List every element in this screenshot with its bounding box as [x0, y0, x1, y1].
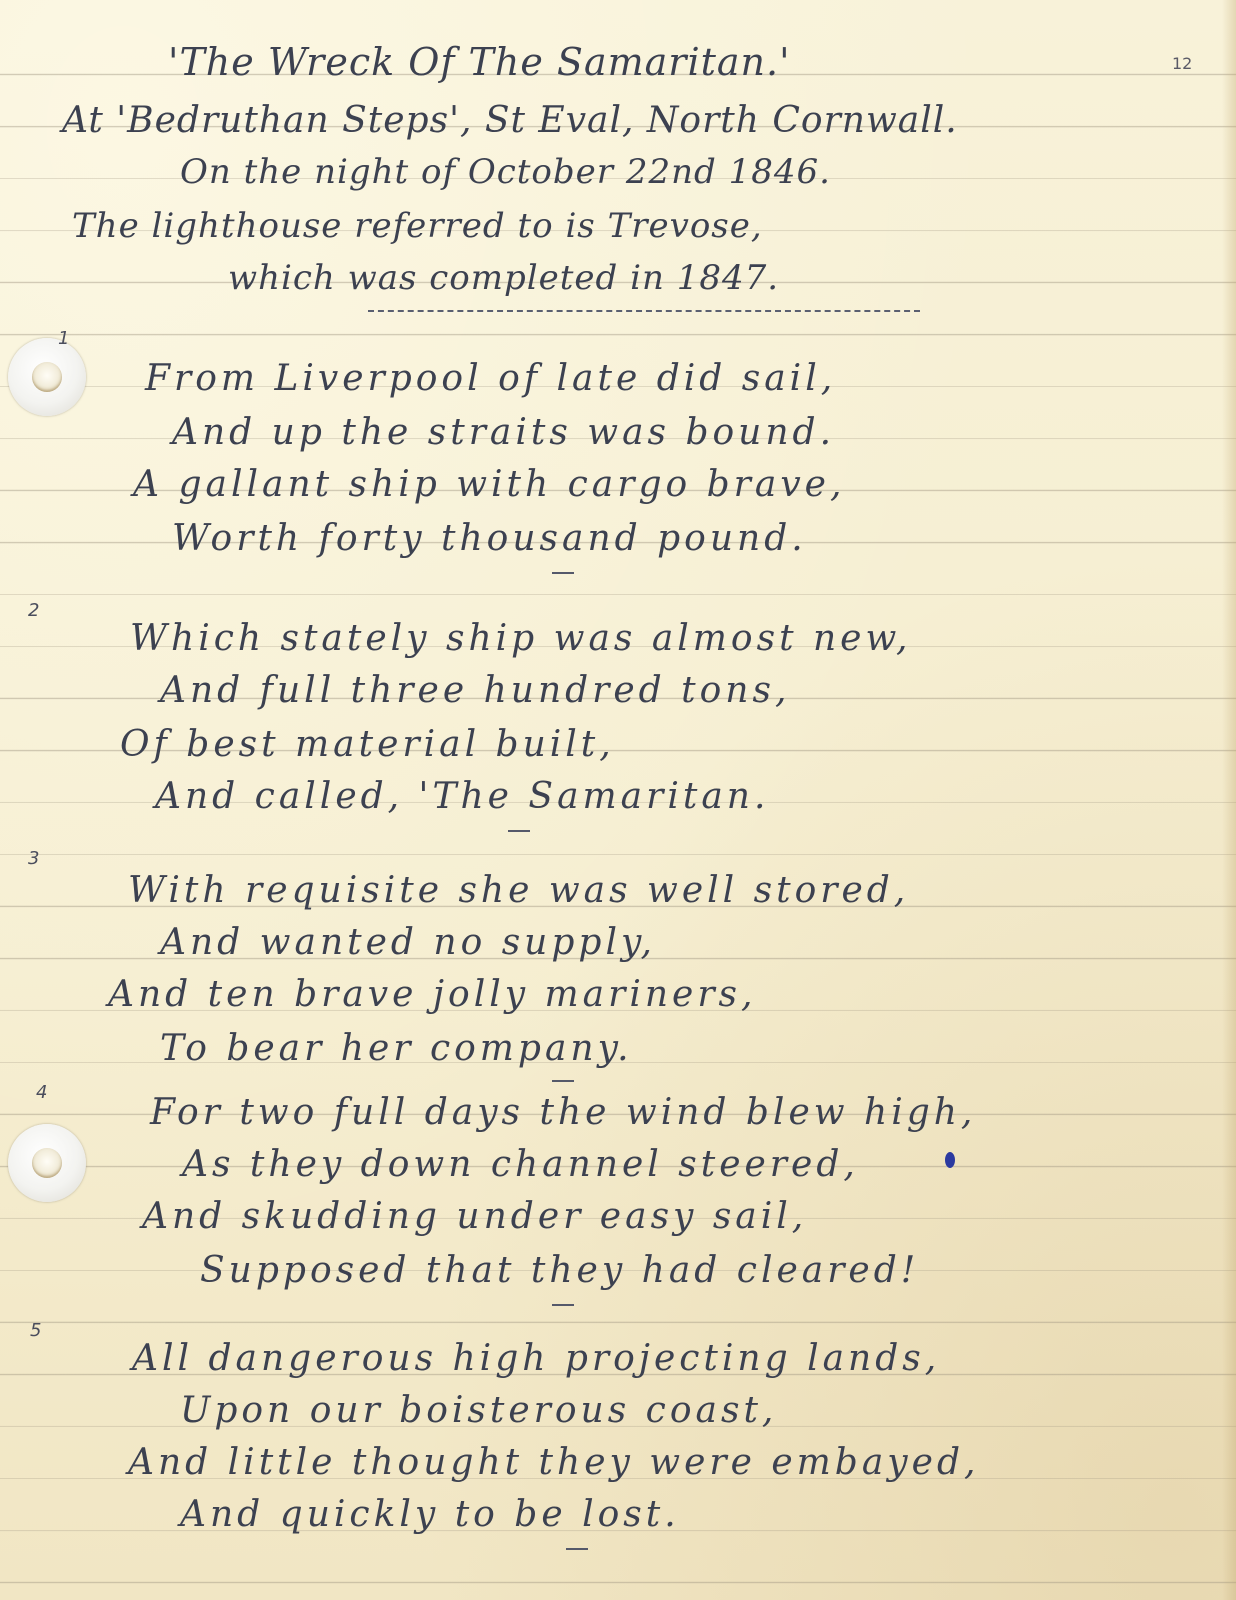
stanza-number-3: 3 [28, 848, 39, 869]
stanza-divider [552, 1304, 574, 1306]
stanza-number-2: 2 [28, 600, 39, 621]
stanza-divider [552, 1080, 574, 1082]
verse-line: And ten brave jolly mariners, [108, 974, 756, 1015]
verse-line: To bear her company. [160, 1028, 633, 1069]
stanza-number-5: 5 [30, 1320, 41, 1341]
header-dashed-underline [368, 310, 920, 312]
stanza-divider [566, 1548, 588, 1550]
verse-line: Upon our boisterous coast, [180, 1390, 777, 1431]
lighthouse-note-line-1: The lighthouse referred to is Trevose, [72, 206, 763, 246]
stanza-number-1: 1 [58, 328, 69, 349]
verse-line: For two full days the wind blew high, [150, 1092, 976, 1133]
date-line: On the night of October 22nd 1846. [180, 152, 831, 192]
verse-line: From Liverpool of late did sail, [145, 358, 836, 399]
binder-hole-bottom [8, 1124, 86, 1202]
verse-line: Which stately ship was almost new, [130, 618, 911, 659]
lighthouse-note-line-2: which was completed in 1847. [228, 258, 779, 298]
stanza-number-4: 4 [36, 1082, 47, 1103]
stanza-divider [552, 572, 574, 574]
blue-ink-blot [945, 1152, 955, 1168]
verse-line: As they down channel steered, [182, 1144, 859, 1185]
stanza-divider [508, 830, 530, 832]
verse-line: A gallant ship with cargo brave, [133, 464, 845, 505]
verse-line: And full three hundred tons, [160, 670, 790, 711]
binder-hole-top [8, 338, 86, 416]
location-line: At 'Bedruthan Steps', St Eval, North Cor… [62, 100, 958, 141]
handwritten-page: 12 'The Wreck Of The Samaritan.' At 'Bed… [0, 0, 1236, 1600]
verse-line: Supposed that they had cleared! [200, 1250, 919, 1291]
verse-line: And quickly to be lost. [180, 1494, 680, 1535]
verse-line: With requisite she was well stored, [128, 870, 909, 911]
verse-line: And skudding under easy sail, [142, 1196, 807, 1237]
poem-title: 'The Wreck Of The Samaritan.' [168, 40, 791, 84]
verse-line: And up the straits was bound. [172, 412, 835, 453]
verse-line: And wanted no supply, [160, 922, 656, 963]
page-edge-shading [1222, 0, 1236, 1600]
verse-line: Worth forty thousand pound. [172, 518, 807, 559]
page-number: 12 [1172, 54, 1192, 73]
verse-line: And little thought they were embayed, [128, 1442, 979, 1483]
verse-line: Of best material built, [120, 724, 615, 765]
verse-line: All dangerous high projecting lands, [132, 1338, 940, 1379]
verse-line: And called, 'The Samaritan. [155, 776, 769, 817]
